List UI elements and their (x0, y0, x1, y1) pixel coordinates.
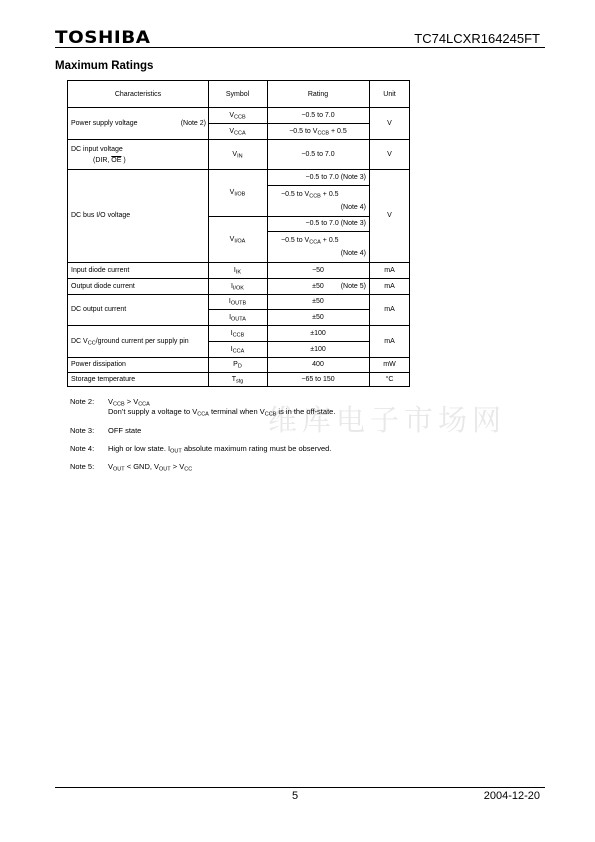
page-number: 5 (292, 790, 298, 802)
rating-vcca: −0.5 to VCCB + 0.5 (267, 124, 369, 139)
row-power-supply-label: Power supply voltage(Note 2) (71, 108, 206, 139)
unit-power-dissipation: mW (369, 357, 410, 372)
symbol-vin: VIN (208, 139, 267, 169)
rating-tstg: −65 to 150 (267, 372, 369, 386)
col-header-rating: Rating (267, 81, 369, 108)
symbol-pd: PD (208, 357, 267, 372)
symbol-iouta: IOUTA (208, 310, 267, 325)
rating-pd: 400 (267, 357, 369, 372)
maximum-ratings-table: Characteristics Symbol Rating Unit Power… (67, 80, 410, 387)
col-header-unit: Unit (369, 81, 410, 108)
symbol-icca: ICCA (208, 341, 267, 357)
symbol-vccb: VCCB (208, 108, 267, 123)
watermark: 维库电子市场网 (268, 398, 506, 439)
symbol-vcca: VCCA (208, 124, 267, 139)
rating-vccb: −0.5 to 7.0 (267, 108, 369, 123)
footer-rule (55, 787, 545, 788)
row-dc-input-label: DC input voltage (DIR, OE ) (71, 140, 206, 169)
symbol-tstg: Tstg (208, 372, 267, 386)
note-ref-5: (Note 5) (308, 278, 366, 294)
row-output-diode-label: Output diode current (71, 278, 206, 294)
rating-viob-off: −0.5 to 7.0 (Note 3) (267, 169, 366, 185)
row-dc-bus-label: DC bus I/O voltage (71, 169, 206, 262)
rating-iccb: ±100 (267, 325, 369, 341)
part-number: TC74LCXR164245FT (414, 31, 540, 46)
note-4: Note 4:High or low state. IOUT absolute … (70, 444, 331, 453)
unit-output-diode: mA (369, 278, 410, 294)
rating-iik: −50 (267, 262, 369, 278)
rating-viob-on: −0.5 to VCCB + 0.5 (Note 4) (267, 185, 366, 216)
unit-dc-bus: V (369, 169, 410, 262)
footer-date: 2004-12-20 (484, 790, 540, 802)
unit-dc-vcc: mA (369, 325, 410, 357)
symbol-iik: IIK (208, 262, 267, 278)
rating-vin: −0.5 to 7.0 (267, 139, 369, 169)
row-storage-temp-label: Storage temperature (71, 372, 206, 386)
rating-vioa-off: −0.5 to 7.0 (Note 3) (267, 216, 366, 231)
header-rule (55, 47, 545, 48)
note-3: Note 3:OFF state (70, 426, 141, 435)
unit-storage-temp: °C (369, 372, 410, 386)
unit-dc-output: mA (369, 294, 410, 325)
note-5: Note 5:VOUT < GND, VOUT > VCC (70, 462, 192, 471)
symbol-iiok: II/OK (208, 278, 267, 294)
unit-power-supply: V (369, 108, 410, 139)
section-title: Maximum Ratings (55, 60, 153, 72)
symbol-viob: VI/OB (208, 169, 267, 216)
note-2: Note 2:VCCB > VCCA (70, 397, 150, 406)
symbol-vioa: VI/OA (208, 216, 267, 262)
symbol-iccb: ICCB (208, 325, 267, 341)
note-2-detail: Don’t supply a voltage to VCCA terminal … (108, 407, 335, 416)
toshiba-logo: TOSHIBA (55, 28, 151, 48)
row-power-dissipation-label: Power dissipation (71, 357, 206, 372)
unit-dc-input: V (369, 139, 410, 169)
col-header-symbol: Symbol (208, 81, 267, 108)
row-dc-vcc-label: DC VCC/ground current per supply pin (71, 325, 208, 357)
rating-iouta: ±50 (267, 310, 369, 325)
row-dc-output-label: DC output current (71, 294, 206, 325)
col-header-characteristics: Characteristics (68, 81, 208, 108)
unit-input-diode: mA (369, 262, 410, 278)
row-input-diode-label: Input diode current (71, 262, 206, 278)
rating-vioa-on: −0.5 to VCCA + 0.5 (Note 4) (267, 231, 366, 262)
rating-icca: ±100 (267, 341, 369, 357)
rating-ioutb: ±50 (267, 294, 369, 309)
symbol-ioutb: IOUTB (208, 294, 267, 309)
